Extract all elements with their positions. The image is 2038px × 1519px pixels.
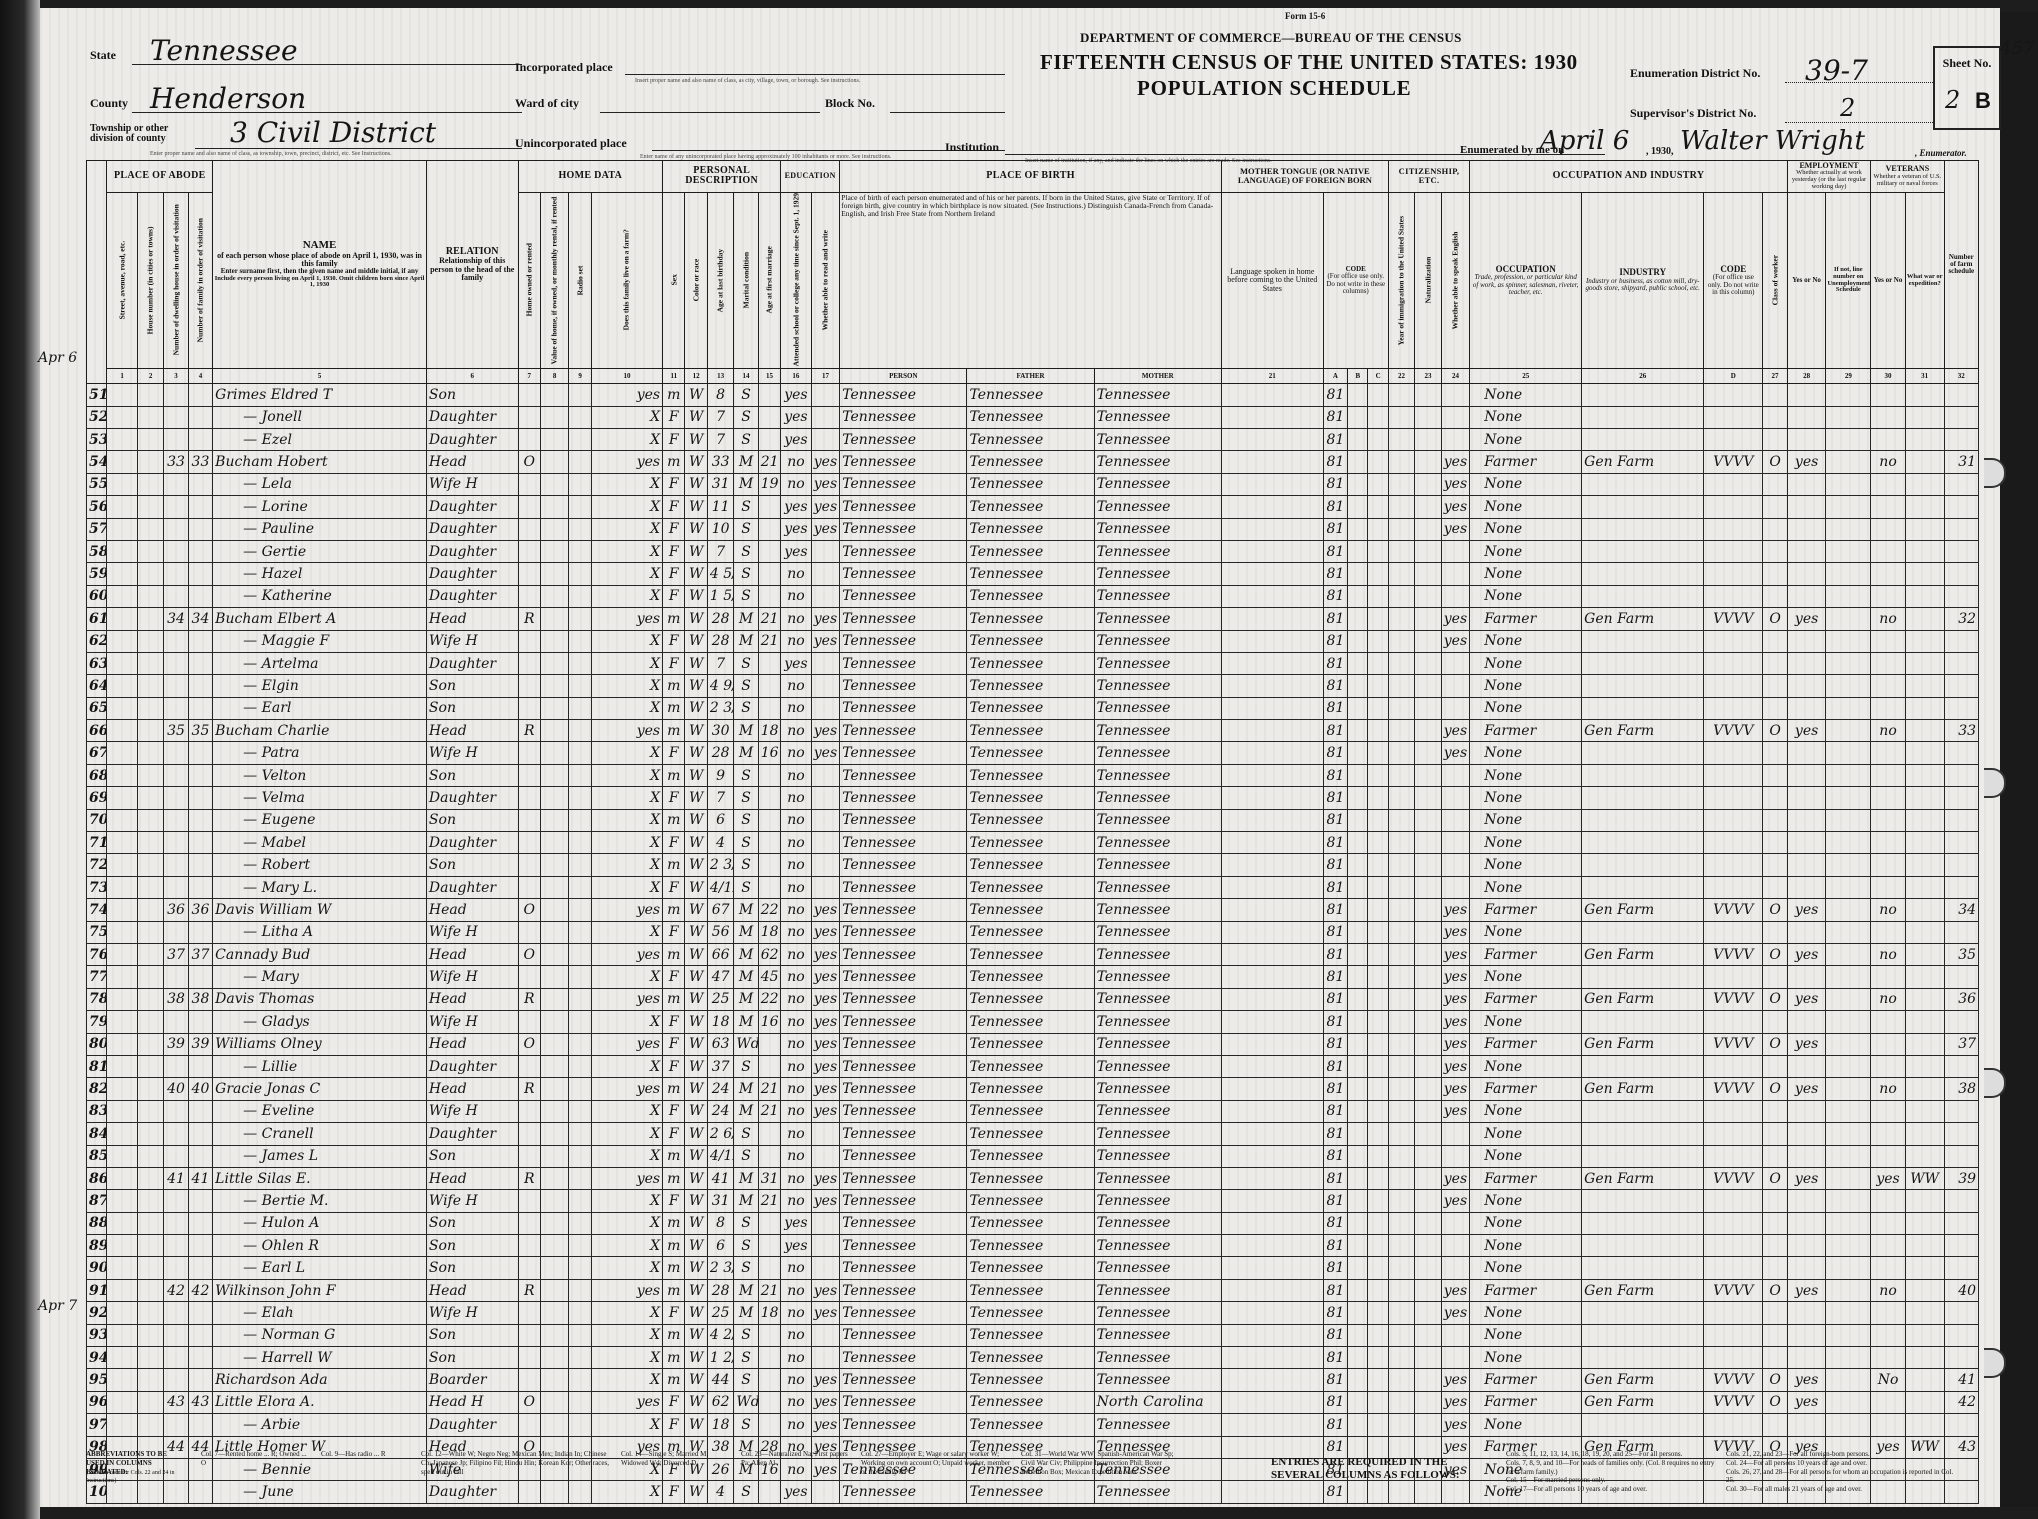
occupation-code-cell <box>1704 675 1763 697</box>
home-value-cell <box>540 720 569 742</box>
war-cell <box>1905 1145 1944 1167</box>
language-cell <box>1221 966 1323 988</box>
birthplace-person-cell: Tennessee <box>840 809 967 831</box>
class-worker-cell <box>1763 1145 1787 1167</box>
naturalization-cell <box>1415 832 1441 854</box>
code-a-cell: 81 <box>1323 764 1347 786</box>
house-number-cell <box>137 1302 163 1324</box>
war-cell <box>1905 473 1944 495</box>
at-work-cell <box>1787 429 1826 451</box>
home-value-cell <box>540 1324 569 1346</box>
code-c-cell <box>1368 384 1388 406</box>
industry-cell <box>1582 1123 1704 1145</box>
birthplace-mother-cell: Tennessee <box>1094 1100 1221 1122</box>
speak-english-cell <box>1441 429 1470 451</box>
street-cell <box>107 1123 138 1145</box>
name-cell: — Lillie <box>213 1055 427 1077</box>
occupation-code-cell: VVVV <box>1704 899 1763 921</box>
code-c-cell <box>1368 1347 1388 1369</box>
relation-cell: Daughter <box>426 518 518 540</box>
institution-label: Institution <box>945 140 999 155</box>
radio-cell <box>569 540 591 562</box>
birthplace-father-cell: Tennessee <box>967 1324 1094 1346</box>
code-b-cell <box>1348 1279 1368 1301</box>
birthplace-person-cell: Tennessee <box>840 1055 967 1077</box>
relation-cell: Wife H <box>426 921 518 943</box>
home-tenure-cell <box>518 1055 540 1077</box>
street-cell <box>107 406 138 428</box>
occupation-code-cell <box>1704 1235 1763 1257</box>
dwelling-number-cell <box>164 473 188 495</box>
colnum-5: 5 <box>213 369 427 384</box>
occ-code-desc: (For office use only. Do not write in th… <box>1705 274 1761 296</box>
unemployment-line-cell <box>1826 1347 1871 1369</box>
veteran-cell <box>1871 921 1906 943</box>
naturalization-cell <box>1415 943 1441 965</box>
house-number-cell <box>137 1212 163 1234</box>
home-value-cell <box>540 1235 569 1257</box>
unemployment-line-cell <box>1826 429 1871 451</box>
name-cell: — James L <box>213 1145 427 1167</box>
home-value-cell <box>540 697 569 719</box>
at-work-cell <box>1787 1212 1826 1234</box>
home-tenure-cell <box>518 406 540 428</box>
table-row: 81— LillieDaughterXFW37SnoyesTennesseeTe… <box>87 1055 2016 1077</box>
relation-header-desc: Relationship of this person to the head … <box>428 257 517 282</box>
table-row: 783838Davis ThomasHeadRyesmW25M22noyesTe… <box>87 988 2016 1010</box>
relation-cell: Head <box>426 1078 518 1100</box>
war-cell <box>1905 1033 1944 1055</box>
street-cell <box>107 1212 138 1234</box>
read-write-cell <box>811 585 840 607</box>
home-value-cell <box>540 1123 569 1145</box>
industry-cell <box>1582 675 1704 697</box>
code-c-cell <box>1368 966 1388 988</box>
line-number: 90 <box>87 1257 107 1279</box>
read-write-cell <box>811 384 840 406</box>
farm-schedule-cell <box>1944 1212 1979 1234</box>
code-a-cell: 81 <box>1323 742 1347 764</box>
occupation-cell: None <box>1470 1055 1582 1077</box>
age-cell: 24 <box>707 1078 733 1100</box>
code-b-cell <box>1348 384 1368 406</box>
occupation-cell: None <box>1470 1324 1582 1346</box>
home-value-cell <box>540 429 569 451</box>
speak-english-cell <box>1441 540 1470 562</box>
home-value-cell <box>540 585 569 607</box>
immigration-cell <box>1388 854 1414 876</box>
home-value-cell <box>540 764 569 786</box>
farm-cell: X <box>591 787 662 809</box>
language-cell <box>1221 1055 1323 1077</box>
war-cell <box>1905 451 1944 473</box>
farm-cell: X <box>591 1190 662 1212</box>
line-number: 86 <box>87 1167 107 1189</box>
farm-schedule-cell <box>1944 1257 1979 1279</box>
school-cell: no <box>781 1167 812 1189</box>
farm-schedule-cell: 33 <box>1944 720 1979 742</box>
immigration-cell <box>1388 1347 1414 1369</box>
birthplace-mother-cell: Tennessee <box>1094 854 1221 876</box>
speak-english-cell: yes <box>1441 1391 1470 1413</box>
at-work-cell <box>1787 585 1826 607</box>
marital-cell: M <box>734 943 758 965</box>
family-number-cell <box>188 1369 212 1391</box>
line-number: 75 <box>87 921 107 943</box>
sex-header: Sex <box>663 192 685 368</box>
name-cell: — Artelma <box>213 652 427 674</box>
naturalization-cell <box>1415 585 1441 607</box>
dwelling-number-cell <box>164 966 188 988</box>
dwelling-number-cell: 39 <box>164 1033 188 1055</box>
street-cell <box>107 518 138 540</box>
occupation-cell: Farmer <box>1470 720 1582 742</box>
age-first-marriage-cell <box>758 832 780 854</box>
occupation-code-cell <box>1704 966 1763 988</box>
farm-schedule-cell <box>1944 966 1979 988</box>
code-b-cell <box>1348 742 1368 764</box>
line-number: 97 <box>87 1414 107 1436</box>
read-write-cell <box>811 675 840 697</box>
birthplace-mother-cell: Tennessee <box>1094 1257 1221 1279</box>
industry-cell <box>1582 1145 1704 1167</box>
naturalization-cell <box>1415 764 1441 786</box>
dwelling-number-cell <box>164 563 188 585</box>
farm-cell: X <box>591 630 662 652</box>
veteran-cell <box>1871 966 1906 988</box>
home-value-cell <box>540 406 569 428</box>
immigration-cell <box>1388 899 1414 921</box>
name-cell: — Mabel <box>213 832 427 854</box>
age-first-marriage-cell <box>758 1391 780 1413</box>
age-cell: 1 5/12 <box>707 585 733 607</box>
radio-cell <box>569 473 591 495</box>
industry-cell <box>1582 854 1704 876</box>
house-number-cell <box>137 473 163 495</box>
line-number: 72 <box>87 854 107 876</box>
relation-cell: Head <box>426 1167 518 1189</box>
house-number-cell <box>137 921 163 943</box>
colnum-10: 10 <box>591 369 662 384</box>
radio-cell <box>569 1033 591 1055</box>
farm-schedule-cell: 39 <box>1944 1167 1979 1189</box>
name-cell: — Robert <box>213 854 427 876</box>
radio-cell <box>569 1055 591 1077</box>
occupation-cell: Farmer <box>1470 1369 1582 1391</box>
code-c-cell <box>1368 1279 1388 1301</box>
unemployment-line-cell <box>1826 518 1871 540</box>
colnum-12: 12 <box>685 369 707 384</box>
birthplace-father-cell: Tennessee <box>967 1235 1094 1257</box>
birthplace-mother-cell: Tennessee <box>1094 697 1221 719</box>
code-b-cell <box>1348 608 1368 630</box>
street-cell <box>107 742 138 764</box>
relation-cell: Daughter <box>426 832 518 854</box>
code-c-cell <box>1368 1123 1388 1145</box>
farm-cell: yes <box>591 720 662 742</box>
family-number-cell <box>188 1414 212 1436</box>
read-write-cell <box>811 1212 840 1234</box>
dwelling-number-cell: 42 <box>164 1279 188 1301</box>
naturalization-cell <box>1415 742 1441 764</box>
sheet-label: Sheet No. <box>1935 56 1999 71</box>
home-tenure-cell: R <box>518 988 540 1010</box>
home-tenure-cell <box>518 697 540 719</box>
farm-schedule-cell: 41 <box>1944 1369 1979 1391</box>
age-cell: 2 6/12 <box>707 1123 733 1145</box>
dwelling-number-cell: 37 <box>164 943 188 965</box>
sheet-number-box: Sheet No. 2 B <box>1933 46 2001 130</box>
farm-cell: X <box>591 473 662 495</box>
age-first-marriage-cell <box>758 406 780 428</box>
marital-cell: Wd <box>734 1033 758 1055</box>
dwelling-number-cell <box>164 675 188 697</box>
marital-cell: S <box>734 540 758 562</box>
unemployment-line-cell <box>1826 1279 1871 1301</box>
marital-cell: M <box>734 1279 758 1301</box>
family-number-cell: 39 <box>188 1033 212 1055</box>
at-work-cell <box>1787 1302 1826 1324</box>
farm-cell: yes <box>591 384 662 406</box>
film-edge-bottom <box>40 1507 2038 1519</box>
marital-cell: M <box>734 1100 758 1122</box>
immigration-cell <box>1388 787 1414 809</box>
code-c-cell <box>1368 451 1388 473</box>
family-number-cell <box>188 697 212 719</box>
birthplace-mother-cell: Tennessee <box>1094 1302 1221 1324</box>
industry-cell: Gen Farm <box>1582 451 1704 473</box>
code-b-cell <box>1348 876 1368 898</box>
naturalization-cell <box>1415 1414 1441 1436</box>
relation-header: RELATION Relationship of this person to … <box>426 161 518 369</box>
occupation-cell: Farmer <box>1470 608 1582 630</box>
read-write-cell: yes <box>811 496 840 518</box>
marital-cell: S <box>734 652 758 674</box>
birthplace-person-cell: Tennessee <box>840 1123 967 1145</box>
birthplace-father-cell: Tennessee <box>967 1123 1094 1145</box>
school-cell: no <box>781 1302 812 1324</box>
supervisor-label: Supervisor's District No. <box>1630 106 1756 121</box>
speak-english-cell: yes <box>1441 966 1470 988</box>
unemployment-line-cell <box>1826 1302 1871 1324</box>
dwelling-number-cell <box>164 1414 188 1436</box>
language-cell <box>1221 1414 1323 1436</box>
war-cell <box>1905 742 1944 764</box>
farm-schedule-cell <box>1944 809 1979 831</box>
sex-cell: F <box>663 496 685 518</box>
birthplace-mother-cell: Tennessee <box>1094 720 1221 742</box>
family-number-cell <box>188 630 212 652</box>
family-number-cell <box>188 518 212 540</box>
street-cell <box>107 1167 138 1189</box>
birthplace-person-cell: Tennessee <box>840 1279 967 1301</box>
family-number-cell <box>188 809 212 831</box>
war-cell <box>1905 876 1944 898</box>
farm-schedule-cell <box>1944 384 1979 406</box>
occupation-code-cell: VVVV <box>1704 608 1763 630</box>
race-cell: W <box>685 1123 707 1145</box>
age-first-marriage-cell <box>758 1123 780 1145</box>
form-number: Form 15-6 <box>1285 11 1325 21</box>
speak-english-cell: yes <box>1441 630 1470 652</box>
birthplace-father-cell: Tennessee <box>967 966 1094 988</box>
race-cell: W <box>685 1100 707 1122</box>
req-6: Col. 24—For all persons 10 years of age … <box>1726 1459 1956 1468</box>
speak-english-cell <box>1441 1145 1470 1167</box>
occupation-code-cell <box>1704 1100 1763 1122</box>
veteran-cell <box>1871 1190 1906 1212</box>
at-work-cell <box>1787 966 1826 988</box>
occupation-cell: None <box>1470 1100 1582 1122</box>
radio-cell <box>569 1167 591 1189</box>
at-work-cell <box>1787 921 1826 943</box>
industry-cell: Gen Farm <box>1582 988 1704 1010</box>
age-cell: 2 3/12 <box>707 854 733 876</box>
school-cell: yes <box>781 652 812 674</box>
school-cell: no <box>781 675 812 697</box>
dwelling-number-cell <box>164 1190 188 1212</box>
occupation-code-cell <box>1704 1347 1763 1369</box>
birthplace-father-cell: Tennessee <box>967 1279 1094 1301</box>
name-cell: Gracie Jonas C <box>213 1078 427 1100</box>
birthplace-father-cell: Tennessee <box>967 697 1094 719</box>
speak-english-cell: yes <box>1441 1167 1470 1189</box>
at-work-cell <box>1787 540 1826 562</box>
farm-cell: X <box>591 1235 662 1257</box>
sheet-side: B <box>1975 88 1991 114</box>
code-a-cell: 81 <box>1323 1257 1347 1279</box>
birthplace-mother-cell: Tennessee <box>1094 540 1221 562</box>
marital-cell: S <box>734 585 758 607</box>
home-tenure-cell <box>518 764 540 786</box>
code-c-cell <box>1368 608 1388 630</box>
name-cell: — Harrell W <box>213 1347 427 1369</box>
age-marriage-header: Age at first marriage <box>758 192 780 368</box>
at-work-cell: yes <box>1787 943 1826 965</box>
farm-cell: X <box>591 1212 662 1234</box>
name-cell: — Eveline <box>213 1100 427 1122</box>
naturalization-cell <box>1415 1078 1441 1100</box>
street-cell <box>107 563 138 585</box>
war-cell <box>1905 608 1944 630</box>
occupation-cell: Farmer <box>1470 1033 1582 1055</box>
class-worker-cell: O <box>1763 1078 1787 1100</box>
code-b-cell <box>1348 720 1368 742</box>
unemployment-line-cell <box>1826 384 1871 406</box>
industry-cell <box>1582 540 1704 562</box>
colnum-4: 4 <box>188 369 212 384</box>
veteran-cell: No <box>1871 1369 1906 1391</box>
birthplace-father-cell: Tennessee <box>967 921 1094 943</box>
age-first-marriage-cell <box>758 540 780 562</box>
home-value-cell <box>540 876 569 898</box>
name-cell: — Maggie F <box>213 630 427 652</box>
at-work-cell <box>1787 1100 1826 1122</box>
naturalization-cell <box>1415 1167 1441 1189</box>
class-worker-cell <box>1763 1100 1787 1122</box>
name-cell: Cannady Bud <box>213 943 427 965</box>
name-cell: — Arbie <box>213 1414 427 1436</box>
sex-cell: F <box>663 406 685 428</box>
relation-cell: Head <box>426 451 518 473</box>
war-cell <box>1905 585 1944 607</box>
birthplace-mother-cell: Tennessee <box>1094 966 1221 988</box>
marital-cell: S <box>734 787 758 809</box>
speak-english-cell <box>1441 563 1470 585</box>
veterans-header: VETERANS Whether a veteran of U.S. milit… <box>1871 161 1944 193</box>
birthplace-mother-cell: Tennessee <box>1094 429 1221 451</box>
sex-cell: F <box>663 1190 685 1212</box>
code-c-cell <box>1368 1302 1388 1324</box>
farm-cell: yes <box>591 943 662 965</box>
code-a-cell: 81 <box>1323 720 1347 742</box>
street-cell <box>107 1078 138 1100</box>
table-row: 803939Williams OlneyHeadOyesFW63WdnoyesT… <box>87 1033 2016 1055</box>
age-cell: 2 3/12 <box>707 697 733 719</box>
name-cell: — Katherine <box>213 585 427 607</box>
language-cell <box>1221 608 1323 630</box>
immigration-cell <box>1388 1391 1414 1413</box>
occupation-cell: None <box>1470 652 1582 674</box>
family-number-cell <box>188 473 212 495</box>
race-cell: W <box>685 1212 707 1234</box>
birthplace-mother-cell: Tennessee <box>1094 473 1221 495</box>
at-work-cell <box>1787 1011 1826 1033</box>
census-sheet: State Tennessee County Henderson Townshi… <box>40 8 2000 1508</box>
abbrev-note: (See also code for Cols. 22 and 24 in In… <box>86 1470 186 1485</box>
street-cell <box>107 966 138 988</box>
naturalization-cell <box>1415 473 1441 495</box>
read-write-cell: yes <box>811 451 840 473</box>
birthplace-person-cell: Tennessee <box>840 921 967 943</box>
marital-cell: S <box>734 809 758 831</box>
line-number: 84 <box>87 1123 107 1145</box>
code-b-cell <box>1348 764 1368 786</box>
family-number-cell <box>188 675 212 697</box>
colnum-B: B <box>1348 369 1368 384</box>
home-value-cell <box>540 1055 569 1077</box>
name-cell: Bucham Charlie <box>213 720 427 742</box>
line-number: 73 <box>87 876 107 898</box>
colnum-30: 30 <box>1871 369 1906 384</box>
age-first-marriage-cell <box>758 1145 780 1167</box>
language-cell <box>1221 1212 1323 1234</box>
immigration-cell <box>1388 1324 1414 1346</box>
birthplace-person-cell: Tennessee <box>840 720 967 742</box>
name-cell: Little Silas E. <box>213 1167 427 1189</box>
at-work-cell <box>1787 496 1826 518</box>
speak-english-cell <box>1441 406 1470 428</box>
relation-cell: Daughter <box>426 787 518 809</box>
occupation-cell: None <box>1470 563 1582 585</box>
colnum-28: 28 <box>1787 369 1826 384</box>
marital-cell: S <box>734 854 758 876</box>
read-write-cell: yes <box>811 921 840 943</box>
war-cell <box>1905 518 1944 540</box>
radio-cell <box>569 384 591 406</box>
read-write-cell <box>811 1145 840 1167</box>
industry-cell <box>1582 832 1704 854</box>
naturalization-cell <box>1415 496 1441 518</box>
home-value-cell <box>540 384 569 406</box>
immigration-cell <box>1388 921 1414 943</box>
read-write-cell: yes <box>811 1078 840 1100</box>
birthplace-person-cell: Tennessee <box>840 876 967 898</box>
age-first-marriage-cell <box>758 652 780 674</box>
occupation-cell: None <box>1470 540 1582 562</box>
war-cell: WW <box>1905 1167 1944 1189</box>
home-owned-header: Home owned or rented <box>518 192 540 368</box>
